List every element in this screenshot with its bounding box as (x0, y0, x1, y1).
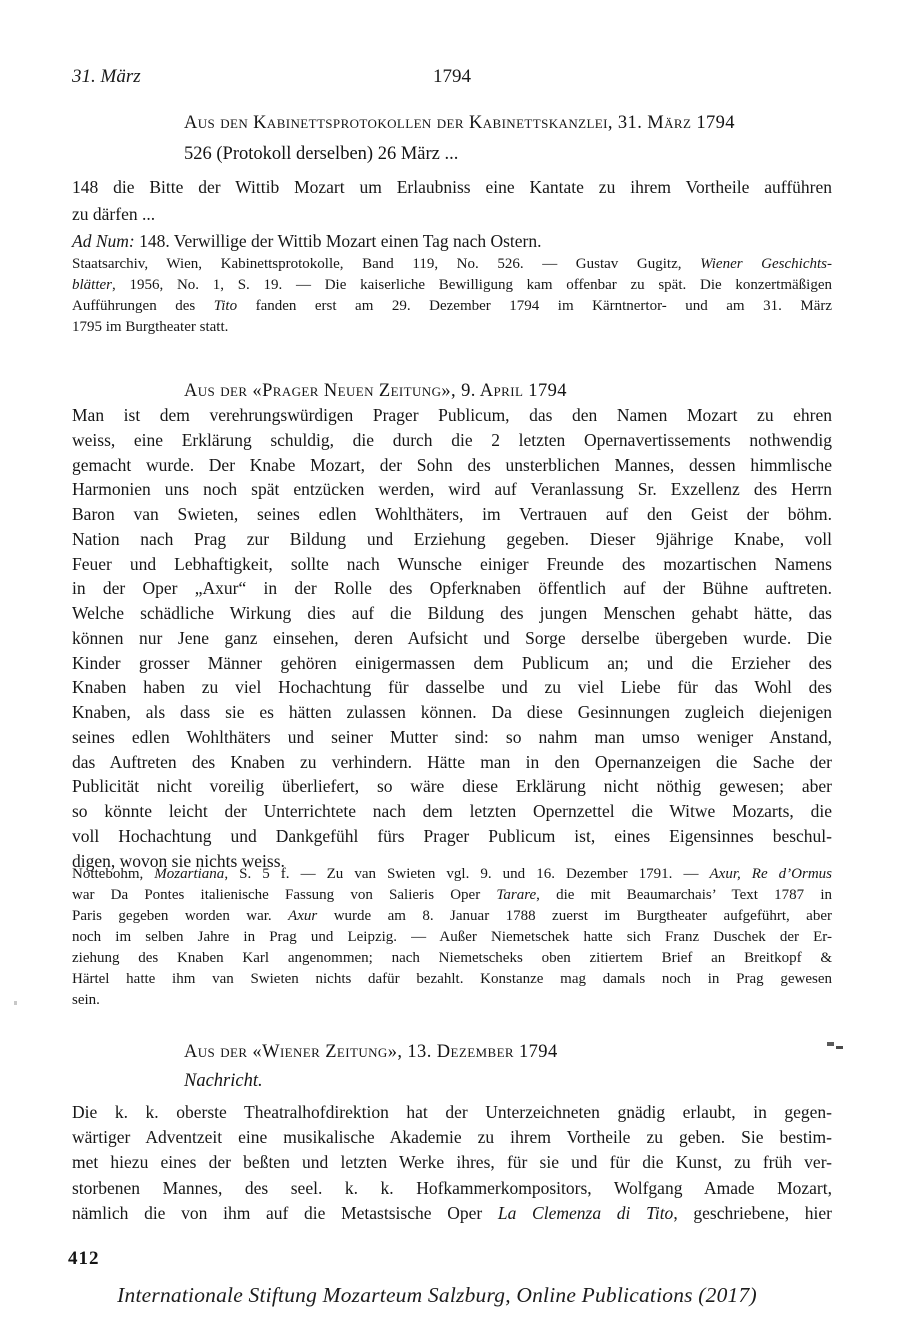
text-line: das Auftreten des Knaben zu verhindern. … (72, 750, 832, 775)
text-line: Feuer und Lebhaftigkeit, sollte nach Wun… (72, 552, 832, 577)
text-line: noch im selben Jahre in Prag und Leipzig… (72, 927, 832, 948)
entry2-source-note: Nottebohm, Mozartiana, S. 5 f. — Zu van … (72, 864, 832, 1011)
text-line: Ad Num: 148. Verwillige der Wittib Mozar… (72, 228, 832, 255)
entry3-body-text: Die k. k. oberste Theatralhofdirektion h… (72, 1100, 832, 1226)
italic-text: Wiener Geschichts- (700, 256, 832, 272)
publication-footer: Internationale Stiftung Mozarteum Salzbu… (30, 1283, 844, 1308)
text-line: Knaben, als dass sie es hätten zulassen … (72, 700, 832, 725)
text-line: Nation nach Prag zur Bildung und Erziehu… (72, 527, 832, 552)
italic-text: blätter (72, 277, 112, 293)
text-line: Baron van Swieten, seines edlen Wohlthät… (72, 502, 832, 527)
text-line: war Da Pontes italienische Fassung von S… (72, 885, 832, 906)
entry1-source-note: Staatsarchiv, Wien, Kabinettsprotokolle,… (72, 254, 832, 338)
italic-text: La Clemenza di Tito (498, 1203, 673, 1223)
text-line: Härtel hatte ihm van Swieten nichts dafü… (72, 969, 832, 990)
text-line: wärtiger Adventzeit eine musikalische Ak… (72, 1125, 832, 1150)
text-line: seines edlen Wohlthäters und seiner Mutt… (72, 725, 832, 750)
running-header: 31. März 1794 (72, 66, 832, 90)
entry1-adnum-text: Ad Num: 148. Verwillige der Wittib Mozar… (72, 228, 832, 255)
italic-text: Mozartiana (154, 866, 224, 882)
text-line: zu därfen ... (72, 201, 832, 228)
text-line: Aufführungen des Tito fanden erst am 29.… (72, 296, 832, 317)
text-line: Kinder grosser Männer gehören einigermas… (72, 651, 832, 676)
text-line: 1795 im Burgtheater statt. (72, 317, 832, 338)
text-line: met hiezu eines der beßten und letzten W… (72, 1150, 832, 1175)
italic-text: Axur (288, 908, 317, 924)
italic-text: Tito (214, 298, 237, 314)
text-line: Paris gegeben worden war. Axur wurde am … (72, 906, 832, 927)
text-line: können nur Jene ganz einsehen, deren Auf… (72, 626, 832, 651)
text-line: Man ist dem verehrungswürdigen Prager Pu… (72, 403, 832, 428)
italic-text: Tarare (496, 887, 536, 903)
text-line: Die k. k. oberste Theatralhofdirektion h… (72, 1100, 832, 1125)
entry3-subheading: Nachricht. (184, 1071, 263, 1092)
ink-artifact (827, 1042, 834, 1046)
entry1-subheading: 526 (Protokoll derselben) 26 März ... (184, 144, 458, 165)
italic-text: Axur, Re d’Ormus (710, 866, 833, 882)
text-line: so könnte leicht der Unterrichtete nach … (72, 799, 832, 824)
text-line: sein. (72, 990, 832, 1011)
ink-artifact (836, 1046, 843, 1049)
entry1-heading: Aus den Kabinettsprotokollen der Kabinet… (184, 113, 735, 134)
text-line: storbenen Mannes, des seel. k. k. Hofkam… (72, 1176, 832, 1201)
text-line: weiss, eine Erklärung schuldig, die durc… (72, 428, 832, 453)
text-line: Knaben haben zu viel Hochachtung für das… (72, 675, 832, 700)
text-line: Staatsarchiv, Wien, Kabinettsprotokolle,… (72, 254, 832, 275)
text-line: nämlich die von ihm auf die Metastsische… (72, 1201, 832, 1226)
text-line: in der Oper „Axur“ in der Rolle des Opfe… (72, 576, 832, 601)
text-line: Nottebohm, Mozartiana, S. 5 f. — Zu van … (72, 864, 832, 885)
text-line: gemacht wurde. Der Knabe Mozart, der Soh… (72, 453, 832, 478)
text-line: Publicität nicht voreilig überliefert, s… (72, 774, 832, 799)
page-number: 412 (68, 1248, 100, 1270)
text-line: 148 die Bitte der Wittib Mozart um Erlau… (72, 174, 832, 201)
running-header-year: 1794 (72, 66, 832, 88)
text-line: Welche schädliche Wirkung dies auf die B… (72, 601, 832, 626)
book-page: 31. März 1794 Aus den Kabinettsprotokoll… (0, 0, 900, 1326)
entry1-body-text: 148 die Bitte der Wittib Mozart um Erlau… (72, 174, 832, 228)
entry3-heading: Aus der «Wiener Zeitung», 13. Dezember 1… (184, 1042, 558, 1063)
entry2-body-text: Man ist dem verehrungswürdigen Prager Pu… (72, 403, 832, 873)
ink-artifact (14, 1001, 17, 1005)
entry2-heading: Aus der «Prager Neuen Zeitung», 9. April… (184, 381, 567, 402)
italic-text: Ad Num: (72, 231, 135, 251)
text-line: ziehung des Knaben Karl angenommen; nach… (72, 948, 832, 969)
text-line: voll Hochachtung und Dankgefühl fürs Pra… (72, 824, 832, 849)
text-line: Harmonien uns noch spät entzücken werden… (72, 477, 832, 502)
text-line: blätter, 1956, No. 1, S. 19. — Die kaise… (72, 275, 832, 296)
